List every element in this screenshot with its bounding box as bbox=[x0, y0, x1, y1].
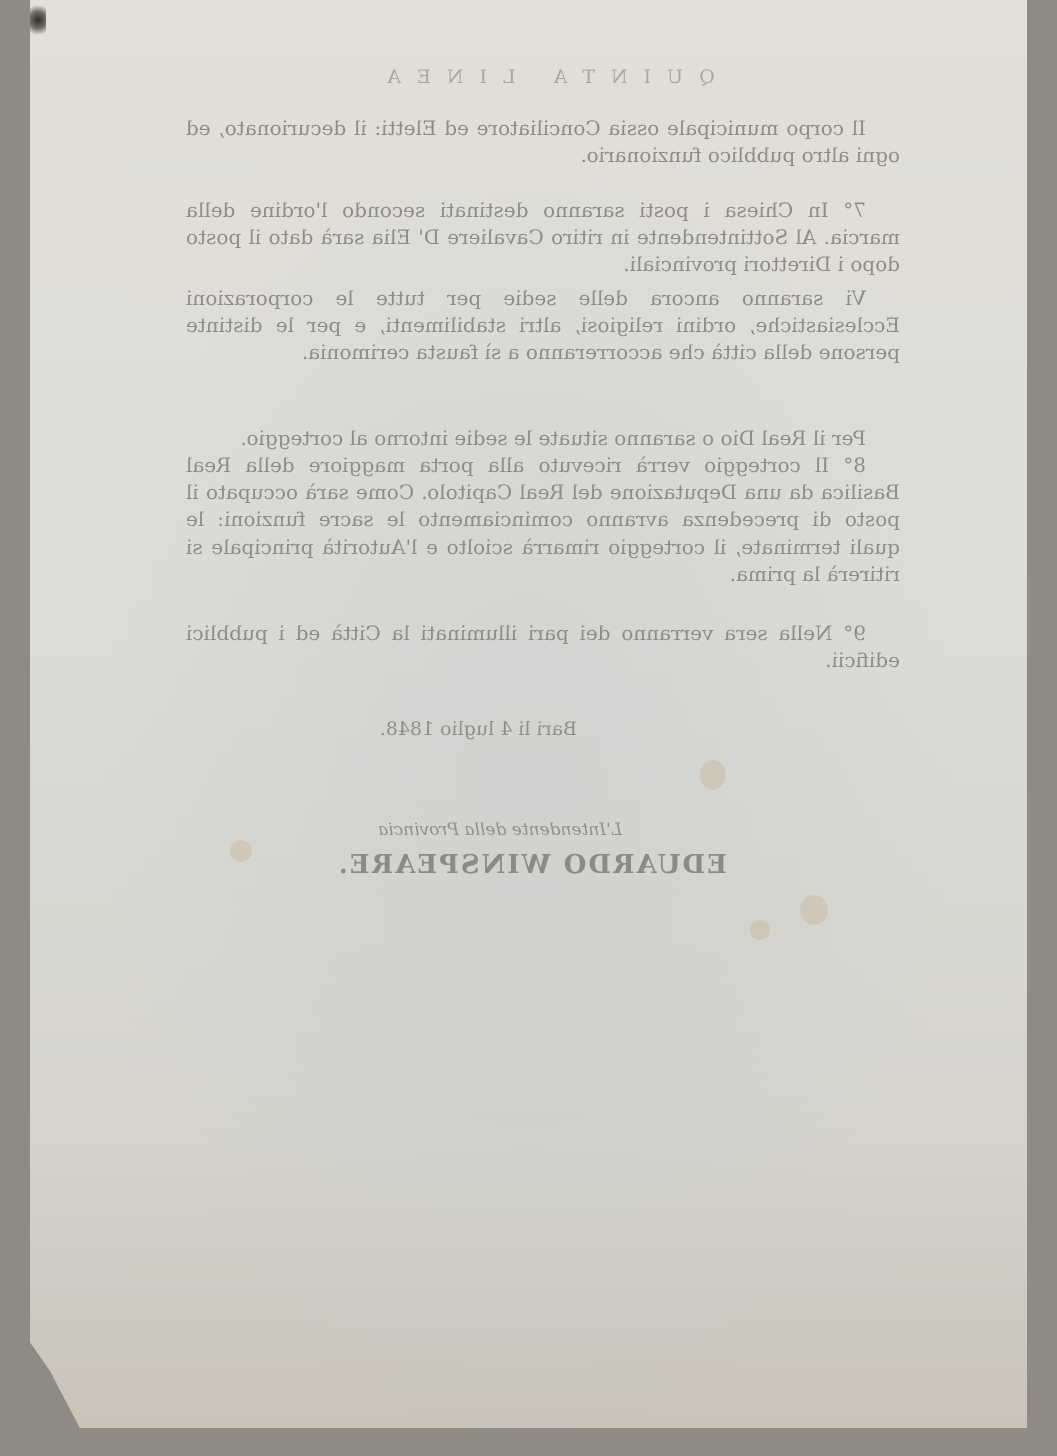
signature-name: EDUARDO WINSPEARE. bbox=[337, 850, 727, 880]
paragraph-4: Per il Real Dio o saranno situate le sed… bbox=[186, 425, 900, 452]
paragraph-6: 9° Nella sera verranno dei pari illumina… bbox=[186, 620, 900, 674]
paper-sheet: QUINTA LINEA Il corpo municipale ossia C… bbox=[30, 0, 1027, 1428]
paragraph-1: Il corpo municipale ossia Conciliatore e… bbox=[186, 115, 900, 169]
paragraph-5: 8° Il corteggio verrà ricevuto alla port… bbox=[186, 452, 900, 588]
paragraph-3: Vi saranno ancora delle sedie per tutte … bbox=[186, 285, 900, 367]
paragraph-2: 7° In Chiesa i posti saranno destinati s… bbox=[186, 197, 900, 279]
bleed-through-text: QUINTA LINEA Il corpo municipale ossia C… bbox=[30, 0, 1027, 1428]
signature-title: L'Intendente della Provincia bbox=[378, 820, 622, 840]
heading: QUINTA LINEA bbox=[186, 66, 900, 88]
date-line: Bari li 4 luglio 1848. bbox=[380, 718, 577, 740]
